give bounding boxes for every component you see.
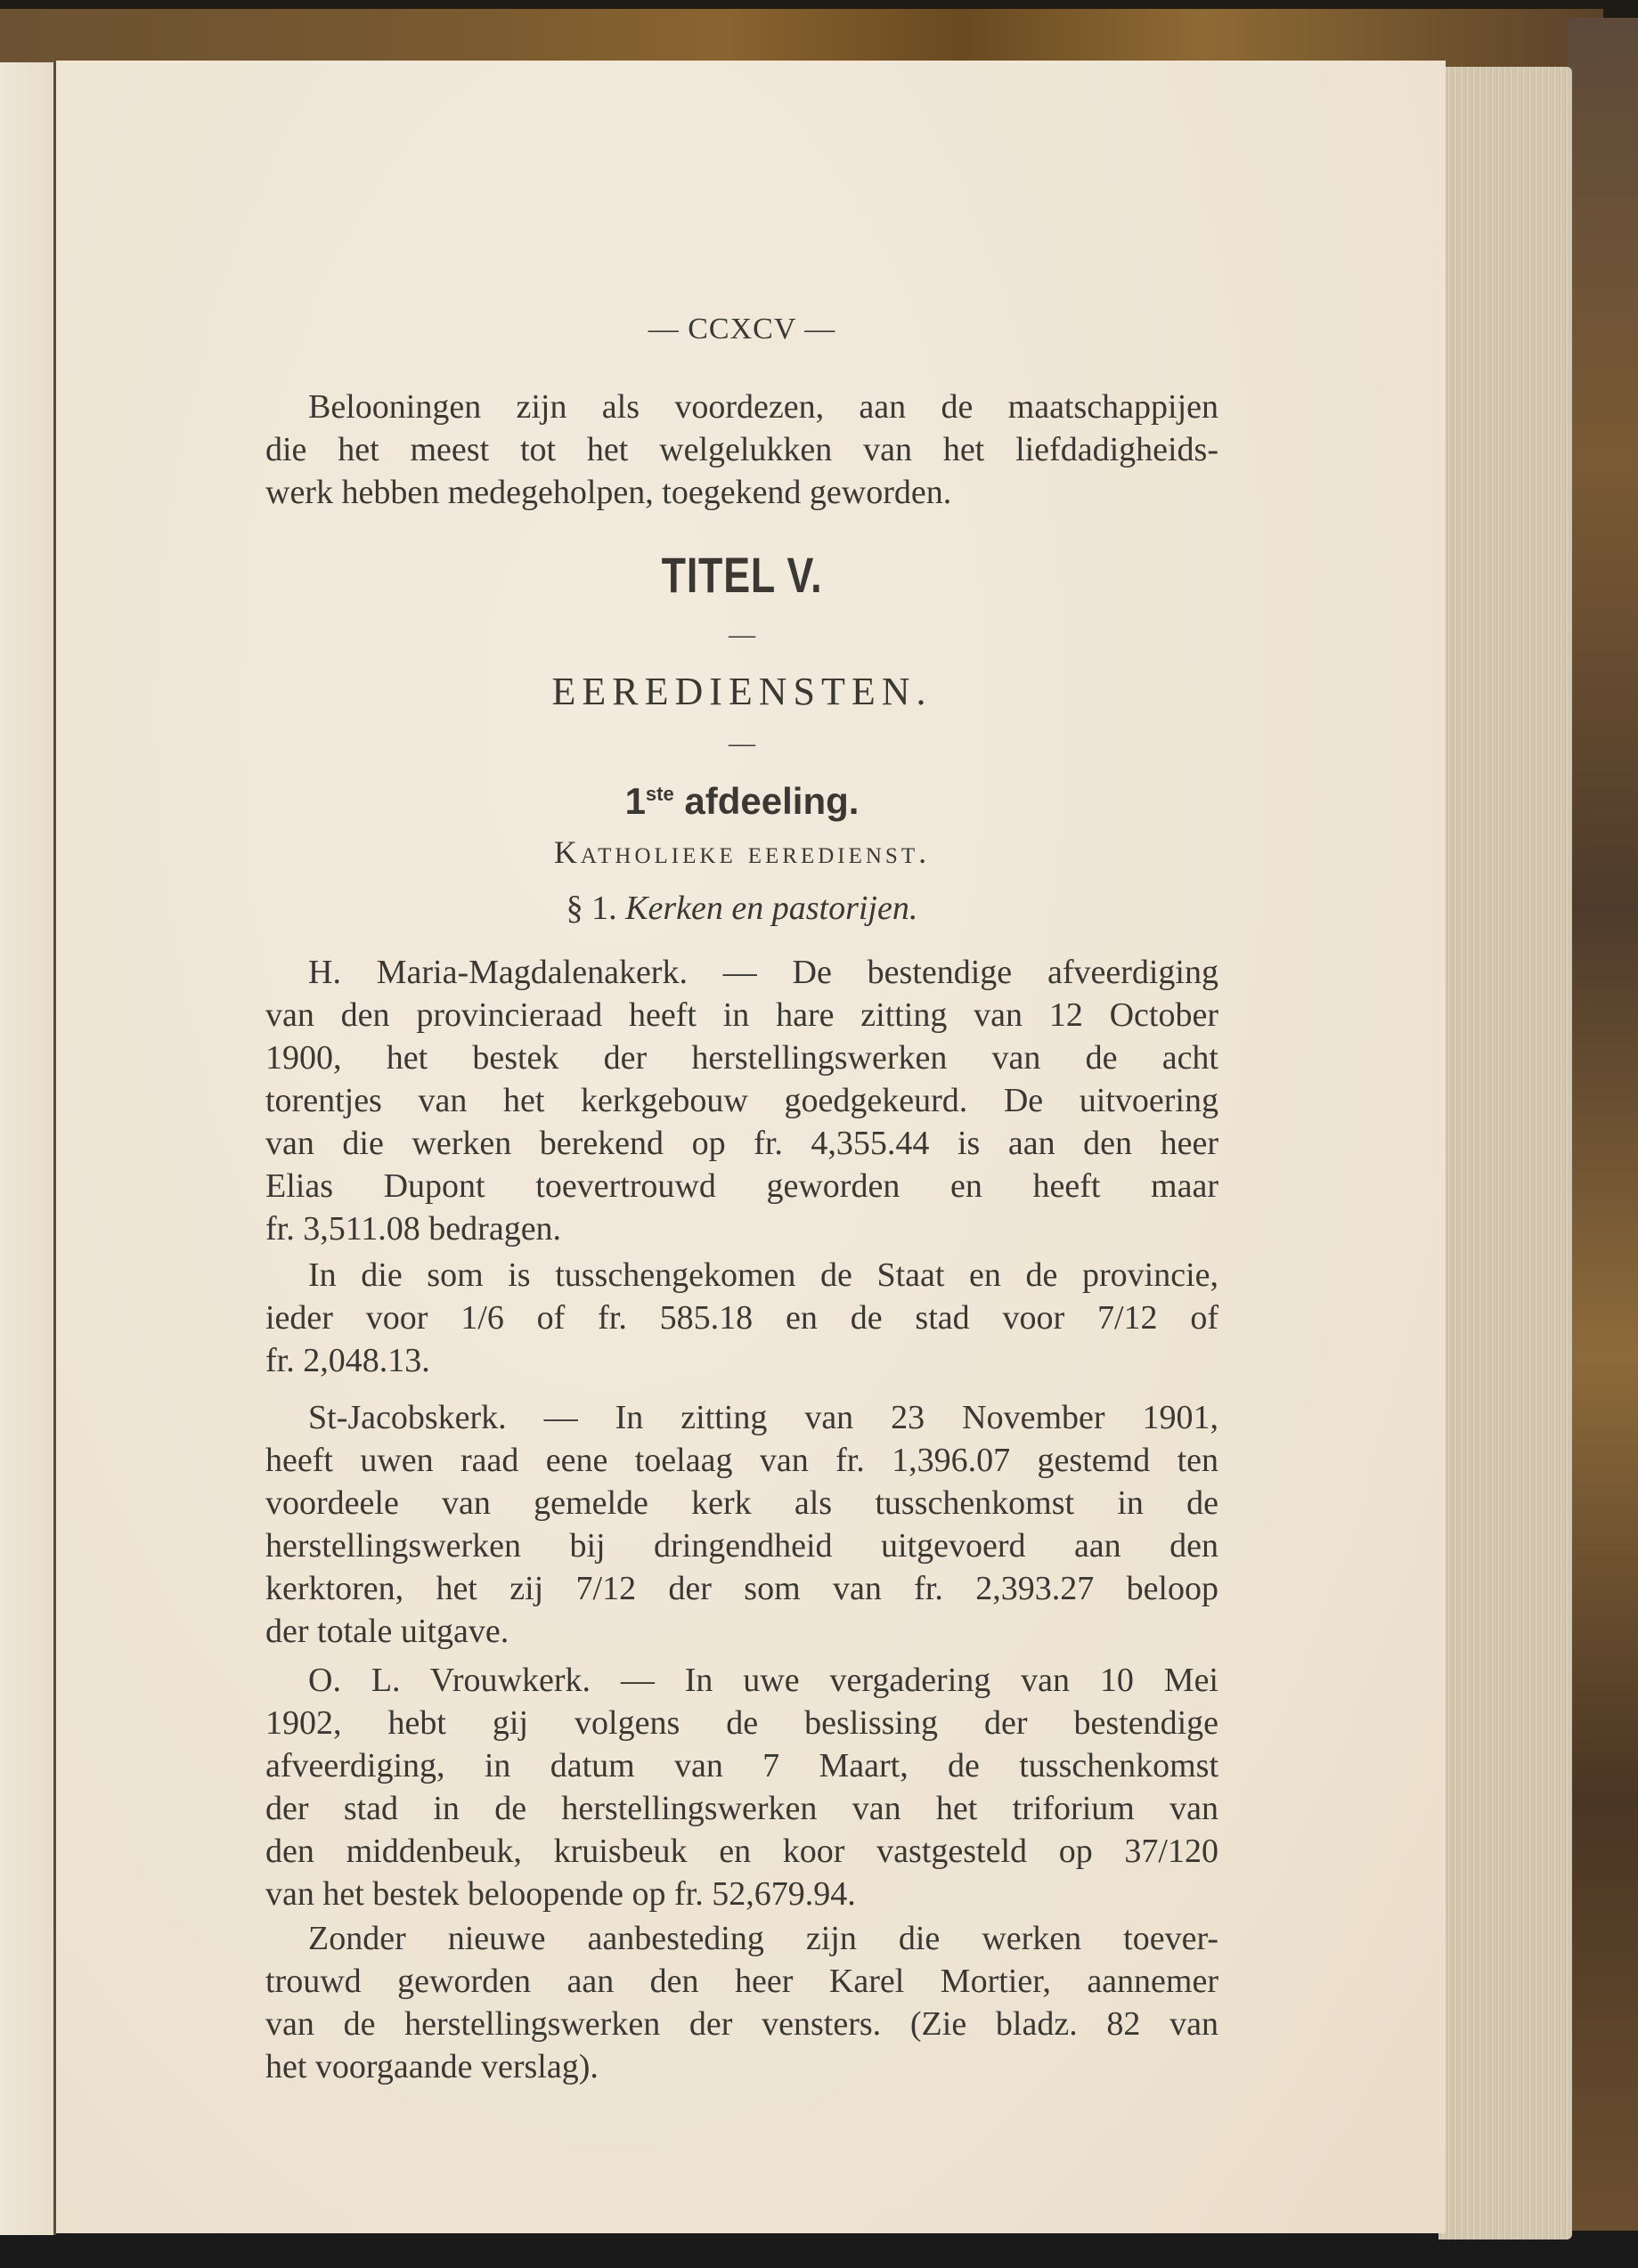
text-line: H. Maria-Magdalenakerk. — De bestendige … — [265, 951, 1218, 994]
page-stack-edges — [1438, 67, 1572, 2240]
text-line: van de herstellingswerken der vensters. … — [265, 2003, 1218, 2045]
page-number: — CCXCV — — [265, 313, 1218, 346]
text-line: kerktoren, het zij 7/12 der som van fr. … — [265, 1567, 1218, 1610]
subheading: Katholieke eeredienst. — [265, 833, 1218, 871]
paragraph-ol-vrouwkerk: O. L. Vrouwkerk. — In uwe vergadering va… — [265, 1659, 1218, 1915]
divider-rule: — — [265, 620, 1218, 650]
section-sign: § 1. — [566, 890, 617, 927]
scan-background — [0, 2231, 1638, 2268]
divider-rule: — — [265, 728, 1218, 759]
paragraph-heading: § 1. Kerken en pastorijen. — [265, 889, 1218, 928]
text-line: der stad in de herstellingswerken van he… — [265, 1787, 1218, 1830]
division-heading: 1ste afdeeling. — [265, 780, 1218, 823]
text-line: herstellingswerken bij dringendheid uitg… — [265, 1524, 1218, 1567]
paragraph-maria-magdalenakerk: H. Maria-Magdalenakerk. — De bestendige … — [265, 951, 1218, 1250]
text-line: der totale uitgave. — [265, 1610, 1218, 1653]
text-line: fr. 2,048.13. — [265, 1339, 1218, 1382]
text-line: 1902, hebt gij volgens de beslissing der… — [265, 1702, 1218, 1744]
facing-page-edge — [0, 62, 56, 2235]
text-line: torentjes van het kerkgebouw goedgekeurd… — [265, 1079, 1218, 1122]
text-line: St-Jacobskerk. — In zitting van 23 Novem… — [265, 1396, 1218, 1439]
paragraph-bijdrage: In die som is tusschengekomen de Staat e… — [265, 1254, 1218, 1382]
division-ordinal: ste — [646, 783, 674, 805]
text-line: heeft uwen raad eene toelaag van fr. 1,3… — [265, 1439, 1218, 1482]
text-line: Belooningen zijn als voordezen, aan de m… — [265, 386, 1218, 428]
text-line: den middenbeuk, kruisbeuk en koor vastge… — [265, 1830, 1218, 1873]
text-line: werk hebben medegeholpen, toegekend gewo… — [265, 471, 1218, 514]
text-line: 1900, het bestek der herstellingswerken … — [265, 1036, 1218, 1079]
text-line: die het meest tot het welgelukken van he… — [265, 428, 1218, 471]
division-label: afdeeling. — [684, 780, 859, 822]
text-line: fr. 3,511.08 bedragen. — [265, 1207, 1218, 1250]
paragraph-aanbesteding: Zonder nieuwe aanbesteding zijn die werk… — [265, 1917, 1218, 2088]
text-line: van die werken berekend op fr. 4,355.44 … — [265, 1122, 1218, 1165]
book-page: — CCXCV — Belooningen zijn als voordezen… — [56, 61, 1446, 2233]
text-line: voordeele van gemelde kerk als tusschenk… — [265, 1482, 1218, 1524]
book-cover-spine-edge — [1568, 18, 1638, 2244]
text-line: O. L. Vrouwkerk. — In uwe vergadering va… — [265, 1659, 1218, 1702]
text-line: het voorgaande verslag). — [265, 2045, 1218, 2088]
text-line: ieder voor 1/6 of fr. 585.18 en de stad … — [265, 1297, 1218, 1339]
text-line: In die som is tusschengekomen de Staat e… — [265, 1254, 1218, 1297]
division-number: 1 — [625, 780, 646, 822]
text-line: afveerdiging, in datum van 7 Maart, de t… — [265, 1744, 1218, 1787]
paragraph-title: Kerken en pastorijen. — [625, 890, 917, 927]
text-line: trouwd geworden aan den heer Karel Morti… — [265, 1960, 1218, 2003]
text-line: van het bestek beloopende op fr. 52,679.… — [265, 1873, 1218, 1915]
title-heading: TITEL V. — [361, 546, 1123, 604]
text-line: Zonder nieuwe aanbesteding zijn die werk… — [265, 1917, 1218, 1960]
text-line: van den provincieraad heeft in hare zitt… — [265, 994, 1218, 1036]
paragraph-st-jacobskerk: St-Jacobskerk. — In zitting van 23 Novem… — [265, 1396, 1218, 1653]
intro-paragraph: Belooningen zijn als voordezen, aan de m… — [265, 386, 1218, 514]
section-heading: EEREDIENSTEN. — [265, 669, 1218, 714]
text-line: Elias Dupont toevertrouwd geworden en he… — [265, 1165, 1218, 1207]
